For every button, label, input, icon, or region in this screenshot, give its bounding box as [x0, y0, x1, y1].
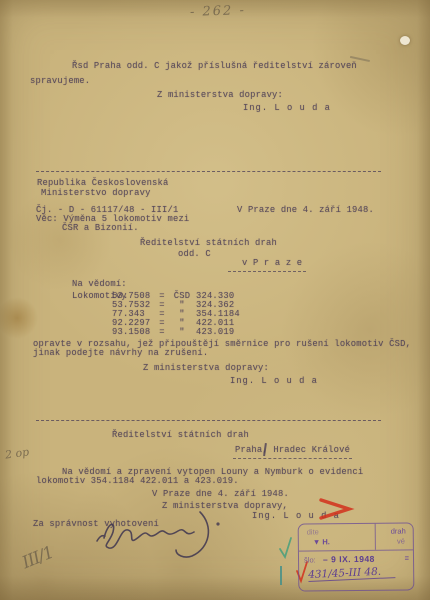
letter1-line1: Řsd Praha odd. C jakož příslušná ředitel… — [72, 62, 357, 72]
stamp-divider-vertical — [375, 524, 376, 550]
stamp-row1-right: drah — [391, 526, 406, 535]
letter2-addressee1: Ředitelství státních drah — [140, 239, 277, 249]
stamp-row1-left: dite — [307, 527, 319, 536]
letter2-closing: Z ministerstva dopravy: — [143, 364, 269, 374]
letter3-addressee1: Ředitelství státních drah — [112, 431, 249, 441]
green-check-mark — [278, 536, 294, 560]
pencil-bottom-note: III/1 — [19, 543, 56, 573]
arrival-stamp: dite drah ▼ H. vé šlo: – 9 IX. 1948 ≡ 43… — [298, 522, 415, 591]
ink-dot — [216, 522, 219, 525]
stamp-arrival-date: – 9 IX. 1948 — [323, 554, 375, 565]
letter2-subject2: ČSR a Bizonií. — [62, 224, 139, 234]
ditto-mark: " — [168, 328, 196, 338]
letter2-body2: jinak podejte návrhy na zrušení. — [33, 349, 208, 359]
letter3-body2: lokomotiv 354.1184 422.011 a 423.019. — [36, 477, 239, 487]
separator-1 — [36, 171, 381, 172]
stamp-row2-left: ▼ H. — [313, 537, 330, 546]
letter2-signer: Ing. L o u d a — [230, 377, 318, 387]
letter1-signer: Ing. L o u d a — [243, 104, 331, 114]
loco-old-number: 93.1508 — [112, 328, 156, 338]
equals-sign: = — [156, 328, 168, 338]
letter2-place-date: V Praze dne 4. září 1948. — [237, 206, 374, 216]
stamp-arrival-label: šlo: — [304, 555, 316, 564]
stamp-row2-right: vé — [397, 536, 405, 545]
letter1-closing: Z ministerstva dopravy: — [157, 91, 283, 101]
letter2-addressee2: odd. C — [178, 250, 211, 260]
stamp-arrival-marks: ≡ — [405, 553, 409, 562]
letter3-place-date: V Praze dne 4. září 1948. — [152, 490, 289, 500]
loco-new-number: 423.019 — [196, 328, 234, 338]
locomotive-row: 93.1508 = " 423.019 — [112, 328, 234, 338]
letter2-addressee3: v P r a z e — [228, 259, 306, 272]
stamp-divider-horizontal — [299, 549, 413, 551]
punch-hole — [400, 36, 410, 45]
document-page: - 262 - Řsd Praha odd. C jakož příslušná… — [0, 0, 430, 600]
pencil-margin-note: 2 op — [4, 445, 30, 461]
teal-tick — [280, 566, 282, 585]
red-chevron-mark — [318, 498, 354, 520]
pencil-page-number: - 262 - — [190, 3, 246, 20]
separator-2 — [36, 420, 381, 421]
letter3-addressee2: Praha, Hradec Králové — [233, 446, 352, 459]
stamp-file-number: 431/45-III 48. — [308, 565, 395, 582]
letter2-sender2: Ministerstvo dopravy — [41, 189, 151, 199]
letter2-note-label: Na vědomí: — [72, 280, 127, 290]
letter1-line2: spravujeme. — [30, 77, 90, 87]
handwritten-signature — [92, 508, 227, 560]
